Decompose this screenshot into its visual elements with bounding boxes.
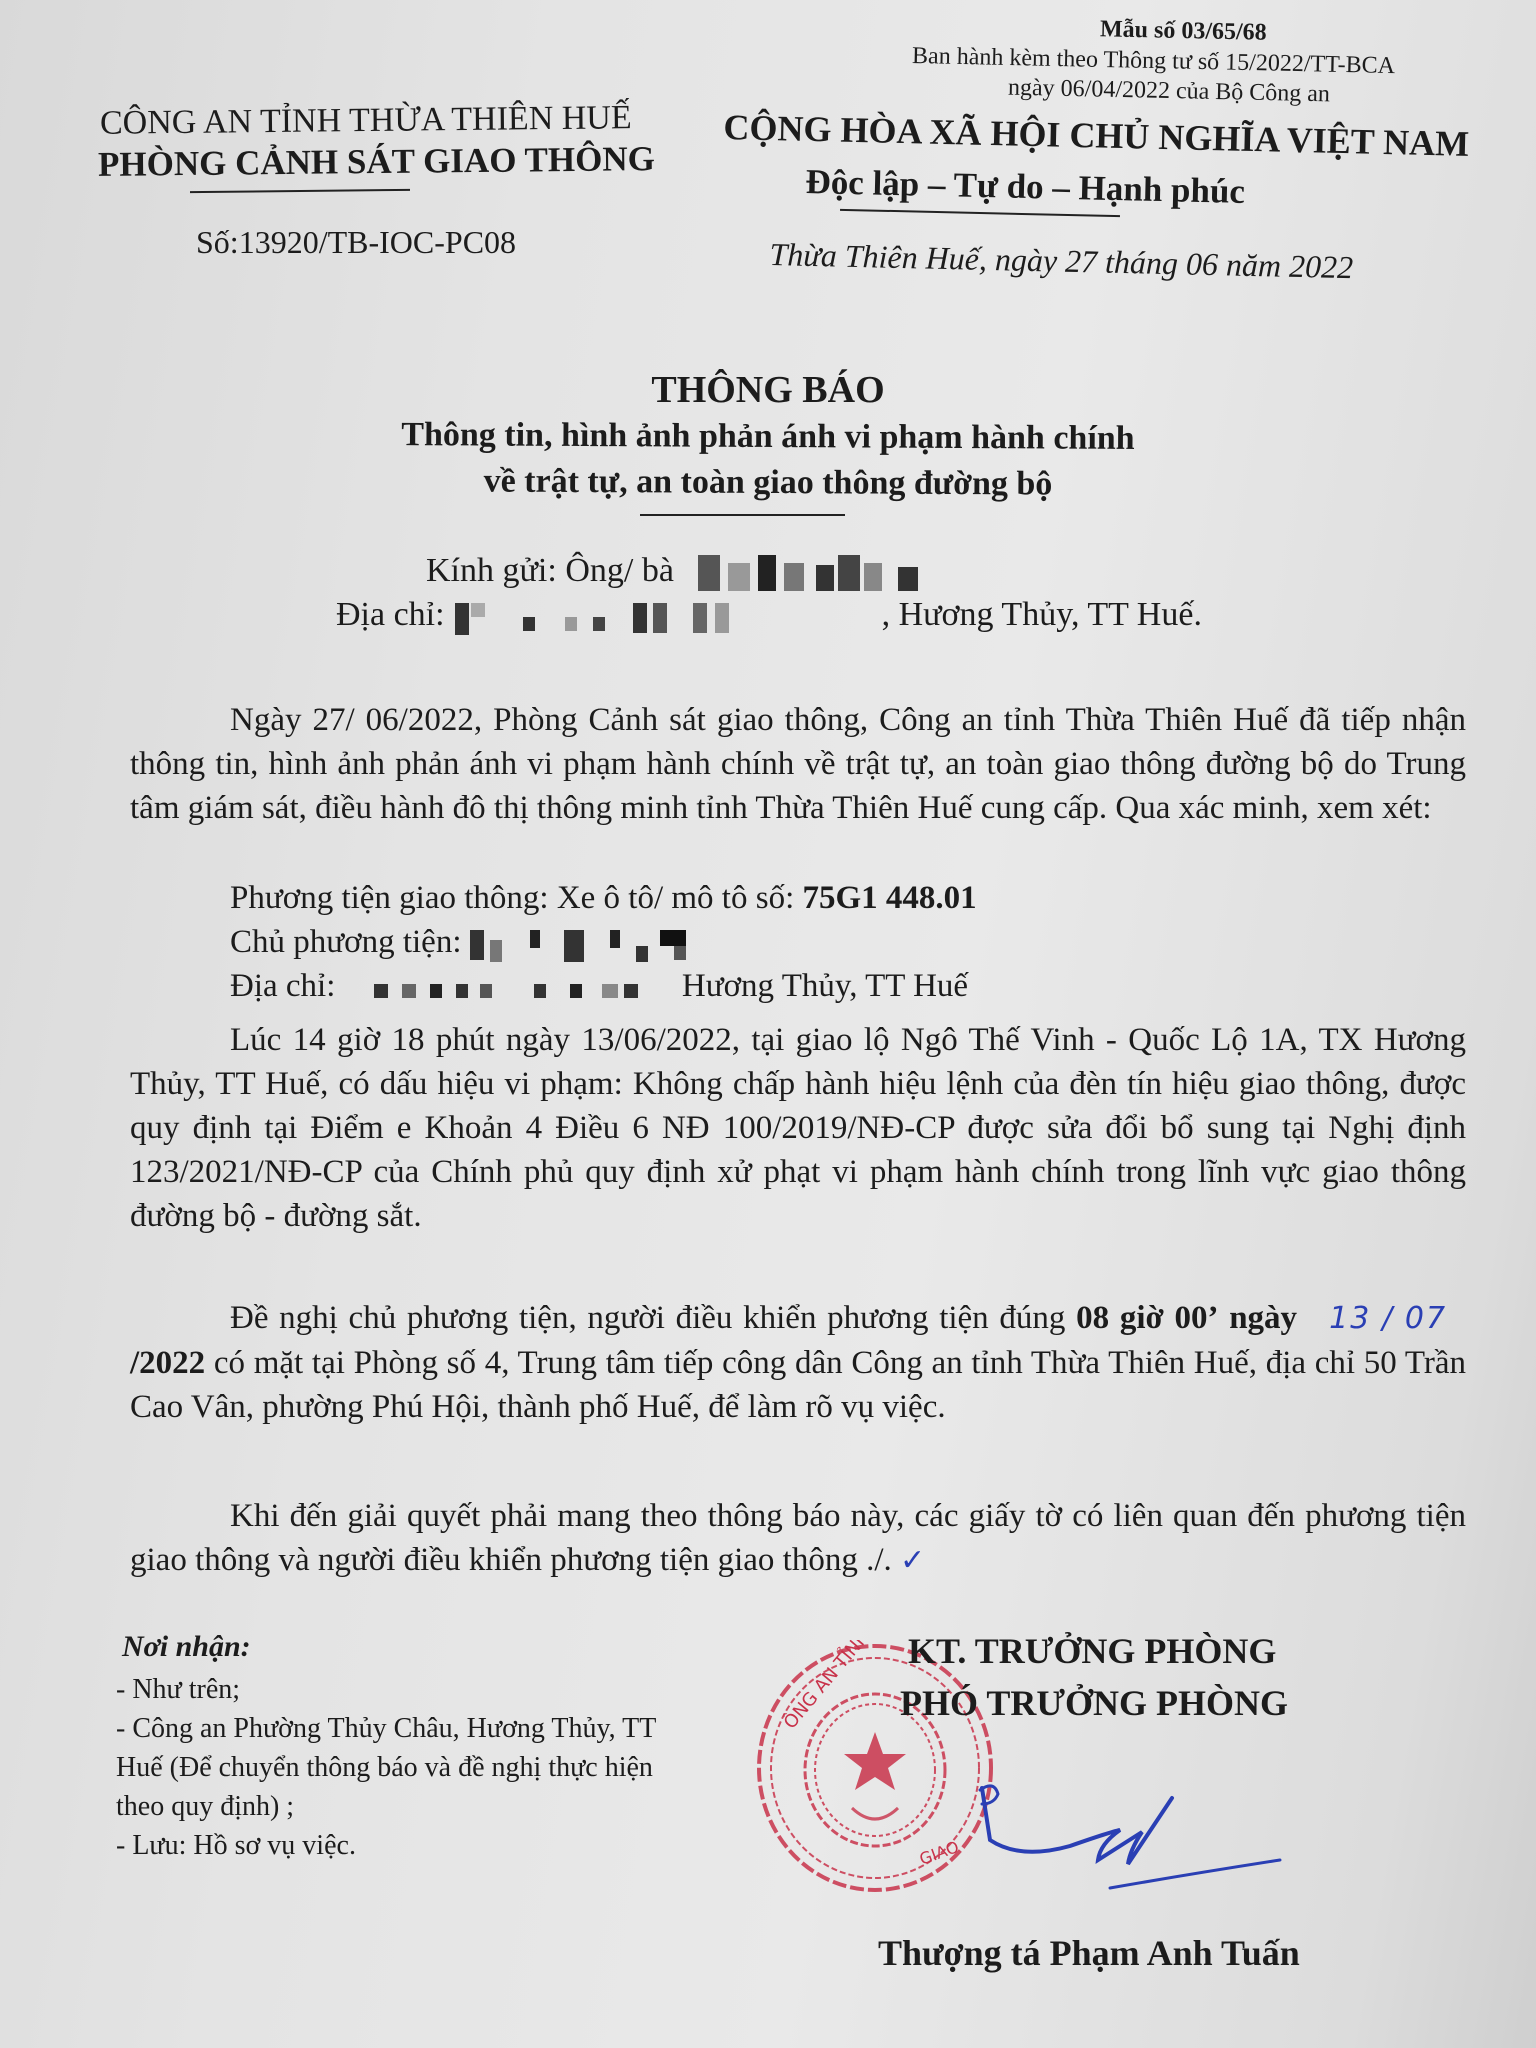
signer-name: Thượng tá Phạm Anh Tuấn — [878, 1932, 1300, 1974]
signature-title-1: KT. TRƯỞNG PHÒNG — [908, 1630, 1276, 1672]
receiver-item: theo quy định) ; — [116, 1787, 656, 1826]
owner-address-label: Địa chỉ: — [230, 968, 335, 1004]
intro-text: Ngày 27/ 06/2022, Phòng Cảnh sát giao th… — [130, 702, 1466, 826]
handwritten-day: 13 — [1329, 1301, 1371, 1336]
national-motto: Độc lập – Tự do – Hạnh phúc — [805, 162, 1245, 212]
receiver-item: Huế (Để chuyển thông báo và đề nghị thực… — [116, 1748, 656, 1787]
violation-text: Lúc 14 giờ 18 phút ngày 13/06/2022, tại … — [130, 1022, 1466, 1234]
vehicle-label: Phương tiện giao thông: Xe ô tô/ mô tô s… — [230, 880, 794, 916]
vehicle-plate: 75G1 448.01 — [803, 880, 977, 916]
recipient-label: Kính gửi: Ông/ bà — [426, 552, 674, 589]
intro-paragraph: Ngày 27/ 06/2022, Phòng Cảnh sát giao th… — [130, 698, 1466, 830]
recipient-address-line: Địa chỉ: , Hương Thủy, TT Huế. — [336, 596, 1202, 635]
agency-name: CÔNG AN TỈNH THỪA THIÊN HUẾ — [100, 99, 632, 143]
document-subtitle-2: về trật tự, an toàn giao thông đường bộ — [0, 460, 1536, 506]
violation-paragraph: Lúc 14 giờ 18 phút ngày 13/06/2022, tại … — [130, 1018, 1466, 1238]
owner-address-suffix: Hương Thủy, TT Huế — [682, 968, 968, 1004]
owner-address-line: Địa chỉ: Hương Thủy, TT Huế — [230, 968, 968, 1006]
redacted-owner-name — [470, 926, 810, 962]
redacted-recipient-name — [688, 555, 938, 591]
receivers-list: - Như trên; - Công an Phường Thủy Châu, … — [116, 1670, 656, 1865]
document-title: THÔNG BÁO — [0, 368, 1536, 412]
form-issued-date: ngày 06/04/2022 của Bộ Công an — [1008, 75, 1330, 109]
motto-underline — [840, 209, 1120, 217]
owner-line: Chủ phương tiện: — [230, 924, 810, 962]
republic-name: CỘNG HÒA XÃ HỘI CHỦ NGHĨA VIỆT NAM — [723, 106, 1470, 165]
svg-text:GIAO: GIAO — [917, 1837, 961, 1869]
department-underline — [190, 189, 410, 193]
title-underline — [640, 514, 845, 516]
vehicle-line: Phương tiện giao thông: Xe ô tô/ mô tô s… — [230, 880, 977, 917]
redacted-recipient-address — [453, 599, 873, 635]
form-issued-with: Ban hành kèm theo Thông tư số 15/2022/TT… — [912, 43, 1395, 80]
department-name: PHÒNG CẢNH SÁT GIAO THÔNG — [98, 139, 655, 185]
receiver-item: - Lưu: Hồ sơ vụ việc. — [116, 1826, 656, 1865]
document-subtitle-1: Thông tin, hình ảnh phản ánh vi phạm hàn… — [0, 414, 1536, 460]
closing-text: Khi đến giải quyết phải mang theo thông … — [130, 1498, 1466, 1578]
summons-day-label: ngày — [1229, 1300, 1297, 1336]
summons-year: /2022 — [130, 1345, 205, 1381]
summons-paragraph: Đề nghị chủ phương tiện, người điều khiể… — [130, 1296, 1466, 1429]
svg-text:ÔNG AN TỈNH: ÔNG AN TỈNH — [778, 1640, 874, 1733]
handwritten-month: 07 — [1405, 1301, 1447, 1336]
receiver-item: - Công an Phường Thủy Châu, Hương Thủy, … — [116, 1709, 656, 1748]
handwritten-mark: ✓ — [900, 1543, 927, 1578]
notice-document: Mẫu số 03/65/68 Ban hành kèm theo Thông … — [0, 0, 1536, 2048]
handwritten-signature-icon — [960, 1780, 1320, 1900]
summons-time: 08 giờ 00’ — [1076, 1300, 1218, 1336]
summons-text-pre: Đề nghị chủ phương tiện, người điều khiể… — [230, 1300, 1065, 1336]
receivers-title: Nơi nhận: — [122, 1630, 251, 1664]
document-number: Số:13920/TB-IOC-PC08 — [196, 224, 516, 261]
address-label: Địa chỉ: — [336, 596, 445, 633]
owner-label: Chủ phương tiện: — [230, 924, 462, 960]
summons-text-post: có mặt tại Phòng số 4, Trung tâm tiếp cô… — [130, 1345, 1466, 1425]
place-date: Thừa Thiên Huế, ngày 27 tháng 06 năm 202… — [769, 236, 1353, 286]
redacted-owner-address — [344, 970, 674, 1006]
recipient-line: Kính gửi: Ông/ bà — [426, 552, 938, 591]
signature-title-2: PHÓ TRƯỞNG PHÒNG — [900, 1682, 1288, 1724]
closing-paragraph: Khi đến giải quyết phải mang theo thông … — [130, 1494, 1466, 1583]
form-number: Mẫu số 03/65/68 — [1100, 16, 1267, 46]
receiver-item: - Như trên; — [116, 1670, 656, 1709]
address-suffix: , Hương Thủy, TT Huế. — [882, 596, 1202, 633]
